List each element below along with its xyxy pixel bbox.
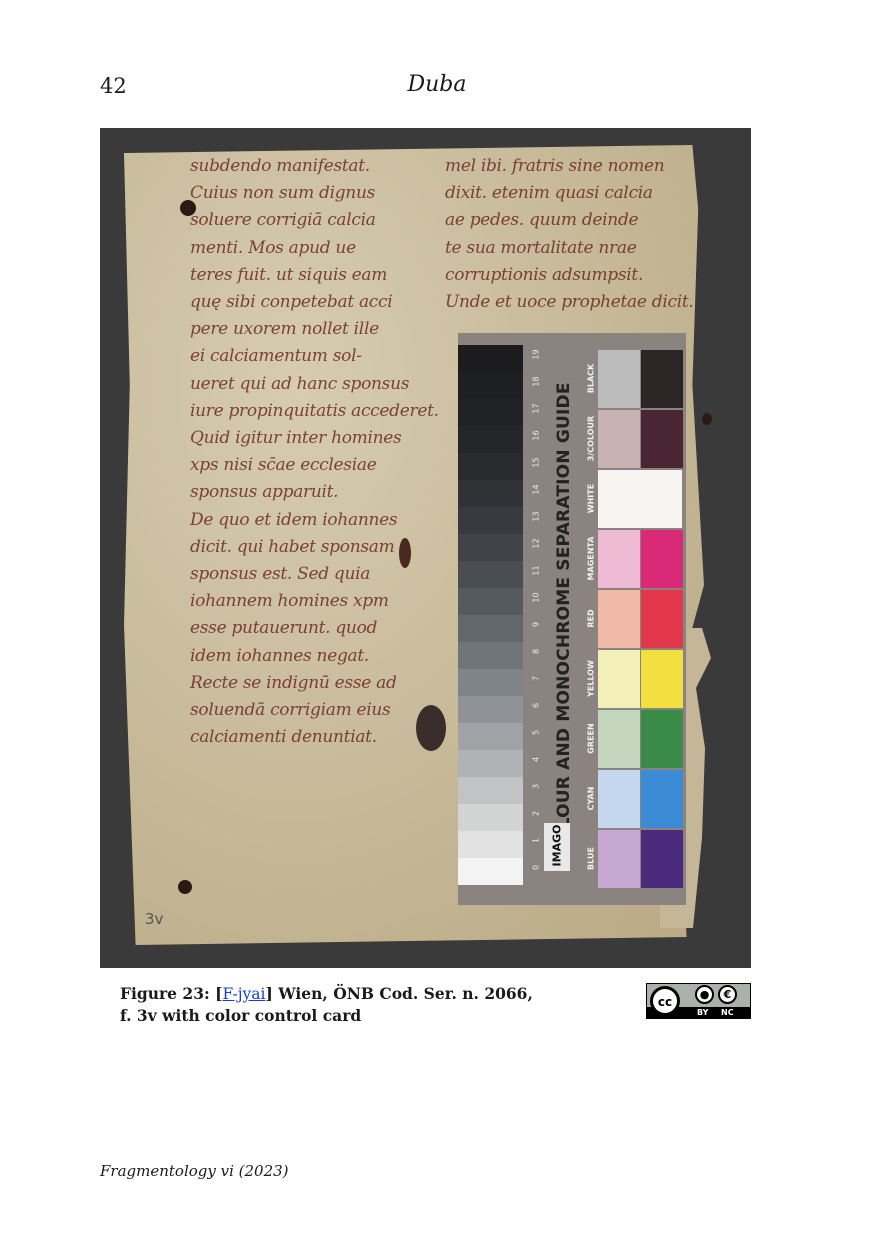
gray-step <box>458 777 523 804</box>
ruler-number: 7 <box>532 669 541 689</box>
manuscript-line: pere uxorem nollet ille <box>190 316 439 343</box>
ruler-number: 1 <box>532 831 541 851</box>
swatch-green-light <box>598 710 640 768</box>
manuscript-line: iohannem homines xpm <box>190 588 439 615</box>
running-head: Duba <box>0 72 874 97</box>
swatch-3-colour-dark <box>641 410 683 468</box>
gray-scale-strip <box>458 345 523 885</box>
swatch-blue-light <box>598 830 640 888</box>
caption-line1: Wien, ÖNB Cod. Ser. n. 2066, <box>278 984 533 1003</box>
gray-step <box>458 453 523 480</box>
manuscript-line: Cuius non sum dignus <box>190 180 439 207</box>
ruler-number: 9 <box>532 615 541 635</box>
manuscript-line: De quo et idem iohannes <box>190 507 439 534</box>
color-control-card: 012345678910111213141516171819 COLOUR AN… <box>458 333 686 905</box>
color-swatches <box>598 345 684 890</box>
swatch-black-light <box>598 350 640 408</box>
ruler-number: 3 <box>532 777 541 797</box>
gray-step <box>458 696 523 723</box>
ruler-number: 5 <box>532 723 541 743</box>
journal-footer: Fragmentology vi (2023) <box>100 1162 289 1180</box>
manuscript-line: subdendo manifestat. <box>190 153 439 180</box>
ruler-number: 0 <box>532 858 541 878</box>
swatch-label: BLACK <box>587 338 596 420</box>
manuscript-line: iure propinquitatis accederet. <box>190 398 439 425</box>
gray-step <box>458 750 523 777</box>
gray-step <box>458 831 523 858</box>
manuscript-line: esse putauerunt. quod <box>190 615 439 642</box>
ruler-number: 10 <box>532 588 541 608</box>
caption-label: Figure 23: <box>120 984 210 1003</box>
manuscript-line: calciamenti denuntiat. <box>190 724 439 751</box>
figure-caption: Figure 23: [F-jyai] Wien, ÖNB Cod. Ser. … <box>120 983 540 1026</box>
manuscript-right-column: mel ibi. fratris sine nomendixit. etenim… <box>445 153 693 316</box>
noncommercial-icon: € <box>718 985 737 1004</box>
swatch-red-light <box>598 590 640 648</box>
manuscript-line: sponsus apparuit. <box>190 479 439 506</box>
gray-step <box>458 642 523 669</box>
caption-link[interactable]: F-jyai <box>222 985 265 1003</box>
gray-step <box>458 588 523 615</box>
cc-icon: cc <box>650 986 680 1016</box>
manuscript-line: xps nisi sc̄ae ecclesiae <box>190 452 439 479</box>
manuscript-line: te sua mortalitate nrae <box>445 235 693 262</box>
manuscript-line: dixit. etenim quasi calcia <box>445 180 693 207</box>
manuscript-line: Quid igitur inter homines <box>190 425 439 452</box>
attribution-icon: ● <box>695 985 714 1004</box>
swatch-magenta-light <box>598 530 640 588</box>
swatch-cyan-light <box>598 770 640 828</box>
ink-stain <box>180 200 196 216</box>
manuscript-line: ueret qui ad hanc sponsus <box>190 371 439 398</box>
ruler: 012345678910111213141516171819 <box>526 333 546 905</box>
gray-step <box>458 804 523 831</box>
swatch-green-dark <box>641 710 683 768</box>
gray-step <box>458 669 523 696</box>
manuscript-line: soluendā corrigiam eius <box>190 697 439 724</box>
manuscript-line: idem iohannes negat. <box>190 643 439 670</box>
manuscript-line: mel ibi. fratris sine nomen <box>445 153 693 180</box>
gray-step <box>458 480 523 507</box>
ruler-number: 8 <box>532 642 541 662</box>
ruler-number: 4 <box>532 750 541 770</box>
manuscript-left-column: subdendo manifestat.Cuius non sum dignus… <box>190 153 439 751</box>
cc-by-nc-license-badge[interactable]: cc ● € BY NC <box>646 983 751 1019</box>
swatch-yellow-light <box>598 650 640 708</box>
swatch-white <box>598 470 682 528</box>
manuscript-line: teres fuit. ut siquis eam <box>190 262 439 289</box>
ruler-number: 6 <box>532 696 541 716</box>
gray-step <box>458 534 523 561</box>
manuscript-line: Recte se indignū esse ad <box>190 670 439 697</box>
swatch-red-dark <box>641 590 683 648</box>
manuscript-line: Unde et uoce prophetae dicit. <box>445 289 693 316</box>
ink-stain <box>178 880 192 894</box>
ink-stain <box>399 538 411 568</box>
ink-stain <box>702 413 712 425</box>
gray-step <box>458 345 523 372</box>
ruler-number: 11 <box>532 561 541 581</box>
gray-step <box>458 399 523 426</box>
nc-label: NC <box>721 1007 734 1018</box>
ruler-number: 17 <box>532 399 541 419</box>
gray-step <box>458 858 523 885</box>
swatch-blue-dark <box>641 830 683 888</box>
ruler-number: 18 <box>532 372 541 392</box>
swatch-3-colour-light <box>598 410 640 468</box>
folio-mark: 3v <box>145 910 163 928</box>
gray-step <box>458 615 523 642</box>
swatch-cyan-dark <box>641 770 683 828</box>
ruler-number: 2 <box>532 804 541 824</box>
manuscript-line: quę sibi conpetebat acci <box>190 289 439 316</box>
hole <box>416 705 446 751</box>
ruler-number: 12 <box>532 534 541 554</box>
gray-step <box>458 507 523 534</box>
ruler-number: 13 <box>532 507 541 527</box>
gray-step <box>458 561 523 588</box>
gray-step <box>458 372 523 399</box>
swatch-black-dark <box>641 350 683 408</box>
manuscript-line: corruptionis adsumpsit. <box>445 262 693 289</box>
manuscript-line: menti. Mos apud ue <box>190 235 439 262</box>
manuscript-line: soluere corrigiā calcia <box>190 207 439 234</box>
by-label: BY <box>697 1007 708 1018</box>
swatch-yellow-dark <box>641 650 683 708</box>
caption-line2: f. 3v with color control card <box>120 1006 361 1025</box>
manuscript-line: ae pedes. quum deinde <box>445 207 693 234</box>
ruler-number: 15 <box>532 453 541 473</box>
gray-step <box>458 426 523 453</box>
manuscript-line: ei calciamentum sol- <box>190 343 439 370</box>
ruler-number: 19 <box>532 345 541 365</box>
imago-logo: IMAGO <box>544 823 570 871</box>
ruler-number: 16 <box>532 426 541 446</box>
gray-step <box>458 723 523 750</box>
swatch-magenta-dark <box>641 530 683 588</box>
ruler-number: 14 <box>532 480 541 500</box>
manuscript-figure: subdendo manifestat.Cuius non sum dignus… <box>100 128 751 968</box>
